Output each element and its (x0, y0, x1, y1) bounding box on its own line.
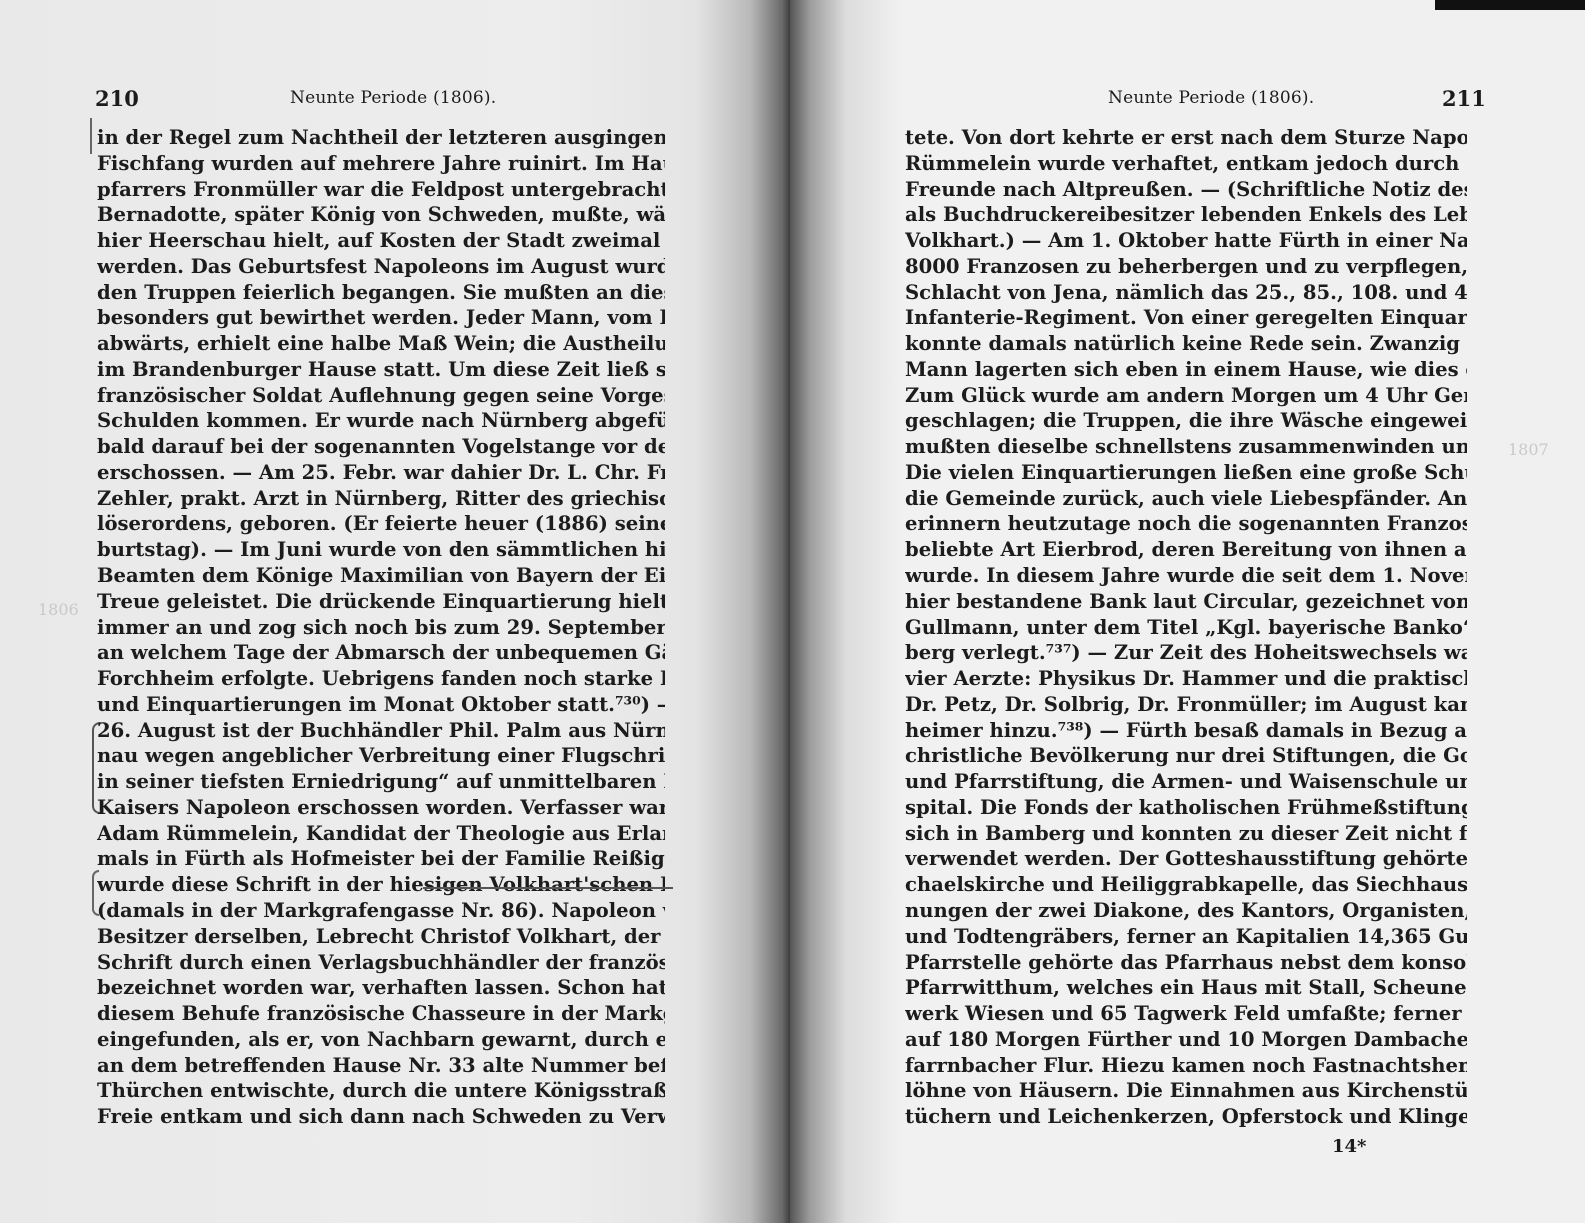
text-line: hier bestandene Bank laut Circular, geze… (905, 589, 1467, 615)
text-line: in seiner tiefsten Erniedrigung“ auf unm… (97, 769, 665, 795)
text-line: Pfarrstelle gehörte das Pfarrhaus nebst … (905, 950, 1467, 976)
text-line: verwendet werden. Der Gotteshausstiftung… (905, 846, 1467, 872)
text-line: 26. August ist der Buchhändler Phil. Pal… (97, 718, 665, 744)
text-line: spital. Die Fonds der katholischen Frühm… (905, 795, 1467, 821)
text-line: nau wegen angeblicher Verbreitung einer … (97, 743, 665, 769)
text-line: Kaisers Napoleon erschossen worden. Verf… (97, 795, 665, 821)
text-line: tete. Von dort kehrte er erst nach dem S… (905, 125, 1467, 151)
text-line: Freie entkam und sich dann nach Schweden… (97, 1104, 665, 1130)
text-line: diesem Behufe französische Chasseure in … (97, 1001, 665, 1027)
text-line: abwärts, erhielt eine halbe Maß Wein; di… (97, 331, 665, 357)
text-line: Pfarrwitthum, welches ein Haus mit Stall… (905, 975, 1467, 1001)
text-line: die Gemeinde zurück, auch viele Liebespf… (905, 486, 1467, 512)
text-line: an dem betreffenden Hause Nr. 33 alte Nu… (97, 1053, 665, 1079)
text-line: geschlagen; die Truppen, die ihre Wäsche… (905, 408, 1467, 434)
body-text: in der Regel zum Nachtheil der letzteren… (97, 125, 665, 1130)
text-line: Rümmelein wurde verhaftet, entkam jedoch… (905, 151, 1467, 177)
text-line: Zum Glück wurde am andern Morgen um 4 Uh… (905, 383, 1467, 409)
text-line: konnte damals natürlich keine Rede sein.… (905, 331, 1467, 357)
text-line: tüchern und Leichenkerzen, Opferstock un… (905, 1104, 1467, 1130)
text-line: Forchheim erfolgte. Uebrigens fanden noc… (97, 666, 665, 692)
text-line: Gullmann, unter dem Titel „Kgl. bayerisc… (905, 615, 1467, 641)
scan-edge (1435, 0, 1585, 10)
text-line: (damals in der Markgrafengasse Nr. 86). … (97, 898, 665, 924)
bleed-through-year: 1806 (38, 600, 79, 619)
pencil-underline (423, 887, 673, 889)
text-line: Beamten dem Könige Maximilian von Bayern… (97, 563, 665, 589)
text-line: Schulden kommen. Er wurde nach Nürnberg … (97, 408, 665, 434)
text-line: Schrift durch einen Verlagsbuchhändler d… (97, 950, 665, 976)
text-line: farrnbacher Flur. Hiezu kamen noch Fastn… (905, 1053, 1467, 1079)
text-line: Mann lagerten sich eben in einem Hause, … (905, 357, 1467, 383)
signature-mark: 14* (1332, 1136, 1366, 1157)
text-line: Infanterie-Regiment. Von einer geregelte… (905, 305, 1467, 331)
text-line: löserordens, geboren. (Er feierte heuer … (97, 511, 665, 537)
text-line: Zehler, prakt. Arzt in Nürnberg, Ritter … (97, 486, 665, 512)
right-page: Neunte Periode (1806). 211 1807 tete. Vo… (790, 0, 1585, 1223)
text-line: Freunde nach Altpreußen. — (Schriftliche… (905, 177, 1467, 203)
text-line: berg verlegt.⁷³⁷) — Zur Zeit des Hoheits… (905, 640, 1467, 666)
text-line: löhne von Häusern. Die Einnahmen aus Kir… (905, 1078, 1467, 1104)
text-line: eingefunden, als er, von Nachbarn gewarn… (97, 1027, 665, 1053)
text-line: Thürchen entwischte, durch die untere Kö… (97, 1078, 665, 1104)
text-line: pfarrers Fronmüller war die Feldpost unt… (97, 177, 665, 203)
text-line: 8000 Franzosen zu beherbergen und zu ver… (905, 254, 1467, 280)
running-head: Neunte Periode (1806). (1108, 88, 1314, 108)
text-line: vier Aerzte: Physikus Dr. Hammer und die… (905, 666, 1467, 692)
running-head: Neunte Periode (1806). (290, 88, 496, 108)
text-line: Fischfang wurden auf mehrere Jahre ruini… (97, 151, 665, 177)
text-line: erinnern heutzutage noch die sogenannten… (905, 511, 1467, 537)
text-line: wurde. In diesem Jahre wurde die seit de… (905, 563, 1467, 589)
text-line: den Truppen feierlich begangen. Sie mußt… (97, 280, 665, 306)
text-line: Treue geleistet. Die drückende Einquarti… (97, 589, 665, 615)
text-line: beliebte Art Eierbrod, deren Bereitung v… (905, 537, 1467, 563)
text-line: auf 180 Morgen Fürther und 10 Morgen Dam… (905, 1027, 1467, 1053)
text-line: und Pfarrstiftung, die Armen- und Waisen… (905, 769, 1467, 795)
book-spread: 210 Neunte Periode (1806). 1806 in der R… (0, 0, 1585, 1223)
text-line: werden. Das Geburtsfest Napoleons im Aug… (97, 254, 665, 280)
text-line: mußten dieselbe schnellstens zusammenwin… (905, 434, 1467, 460)
text-line: französischer Soldat Auflehnung gegen se… (97, 383, 665, 409)
pencil-margin-mark (90, 118, 92, 154)
text-line: bald darauf bei der sogenannten Vogelsta… (97, 434, 665, 460)
text-line: wurde diese Schrift in der hiesigen Volk… (97, 872, 665, 898)
text-line: an welchem Tage der Abmarsch der unbeque… (97, 640, 665, 666)
text-line: im Brandenburger Hause statt. Um diese Z… (97, 357, 665, 383)
text-line: Bernadotte, später König von Schweden, m… (97, 202, 665, 228)
left-page: 210 Neunte Periode (1806). 1806 in der R… (0, 0, 790, 1223)
text-line: Die vielen Einquartierungen ließen eine … (905, 460, 1467, 486)
text-line: immer an und zog sich noch bis zum 29. S… (97, 615, 665, 641)
body-text: tete. Von dort kehrte er erst nach dem S… (905, 125, 1467, 1130)
text-line: chaelskirche und Heiliggrabkapelle, das … (905, 872, 1467, 898)
text-line: erschossen. — Am 25. Febr. war dahier Dr… (97, 460, 665, 486)
text-line: heimer hinzu.⁷³⁸) — Fürth besaß damals i… (905, 718, 1467, 744)
text-line: burtstag). — Im Juni wurde von den sämmt… (97, 537, 665, 563)
text-line: und Todtengräbers, ferner an Kapitalien … (905, 924, 1467, 950)
text-line: Schlacht von Jena, nämlich das 25., 85.,… (905, 280, 1467, 306)
text-line: werk Wiesen und 65 Tagwerk Feld umfaßte;… (905, 1001, 1467, 1027)
text-line: in der Regel zum Nachtheil der letzteren… (97, 125, 665, 151)
text-line: nungen der zwei Diakone, des Kantors, Or… (905, 898, 1467, 924)
text-line: christliche Bevölkerung nur drei Stiftun… (905, 743, 1467, 769)
text-line: Dr. Petz, Dr. Solbrig, Dr. Fronmüller; i… (905, 692, 1467, 718)
page-number: 210 (95, 86, 139, 111)
text-line: Volkhart.) — Am 1. Oktober hatte Fürth i… (905, 228, 1467, 254)
text-line: besonders gut bewirthet werden. Jeder Ma… (97, 305, 665, 331)
text-line: als Buchdruckereibesitzer lebenden Enkel… (905, 202, 1467, 228)
text-line: mals in Fürth als Hofmeister bei der Fam… (97, 846, 665, 872)
bleed-through-year: 1807 (1508, 440, 1549, 459)
text-line: Besitzer derselben, Lebrecht Christof Vo… (97, 924, 665, 950)
text-line: und Einquartierungen im Monat Oktober st… (97, 692, 665, 718)
text-line: sich in Bamberg und konnten zu dieser Ze… (905, 821, 1467, 847)
text-line: bezeichnet worden war, verhaften lassen.… (97, 975, 665, 1001)
page-number: 211 (1442, 86, 1486, 111)
text-line: Adam Rümmelein, Kandidat der Theologie a… (97, 821, 665, 847)
text-line: hier Heerschau hielt, auf Kosten der Sta… (97, 228, 665, 254)
